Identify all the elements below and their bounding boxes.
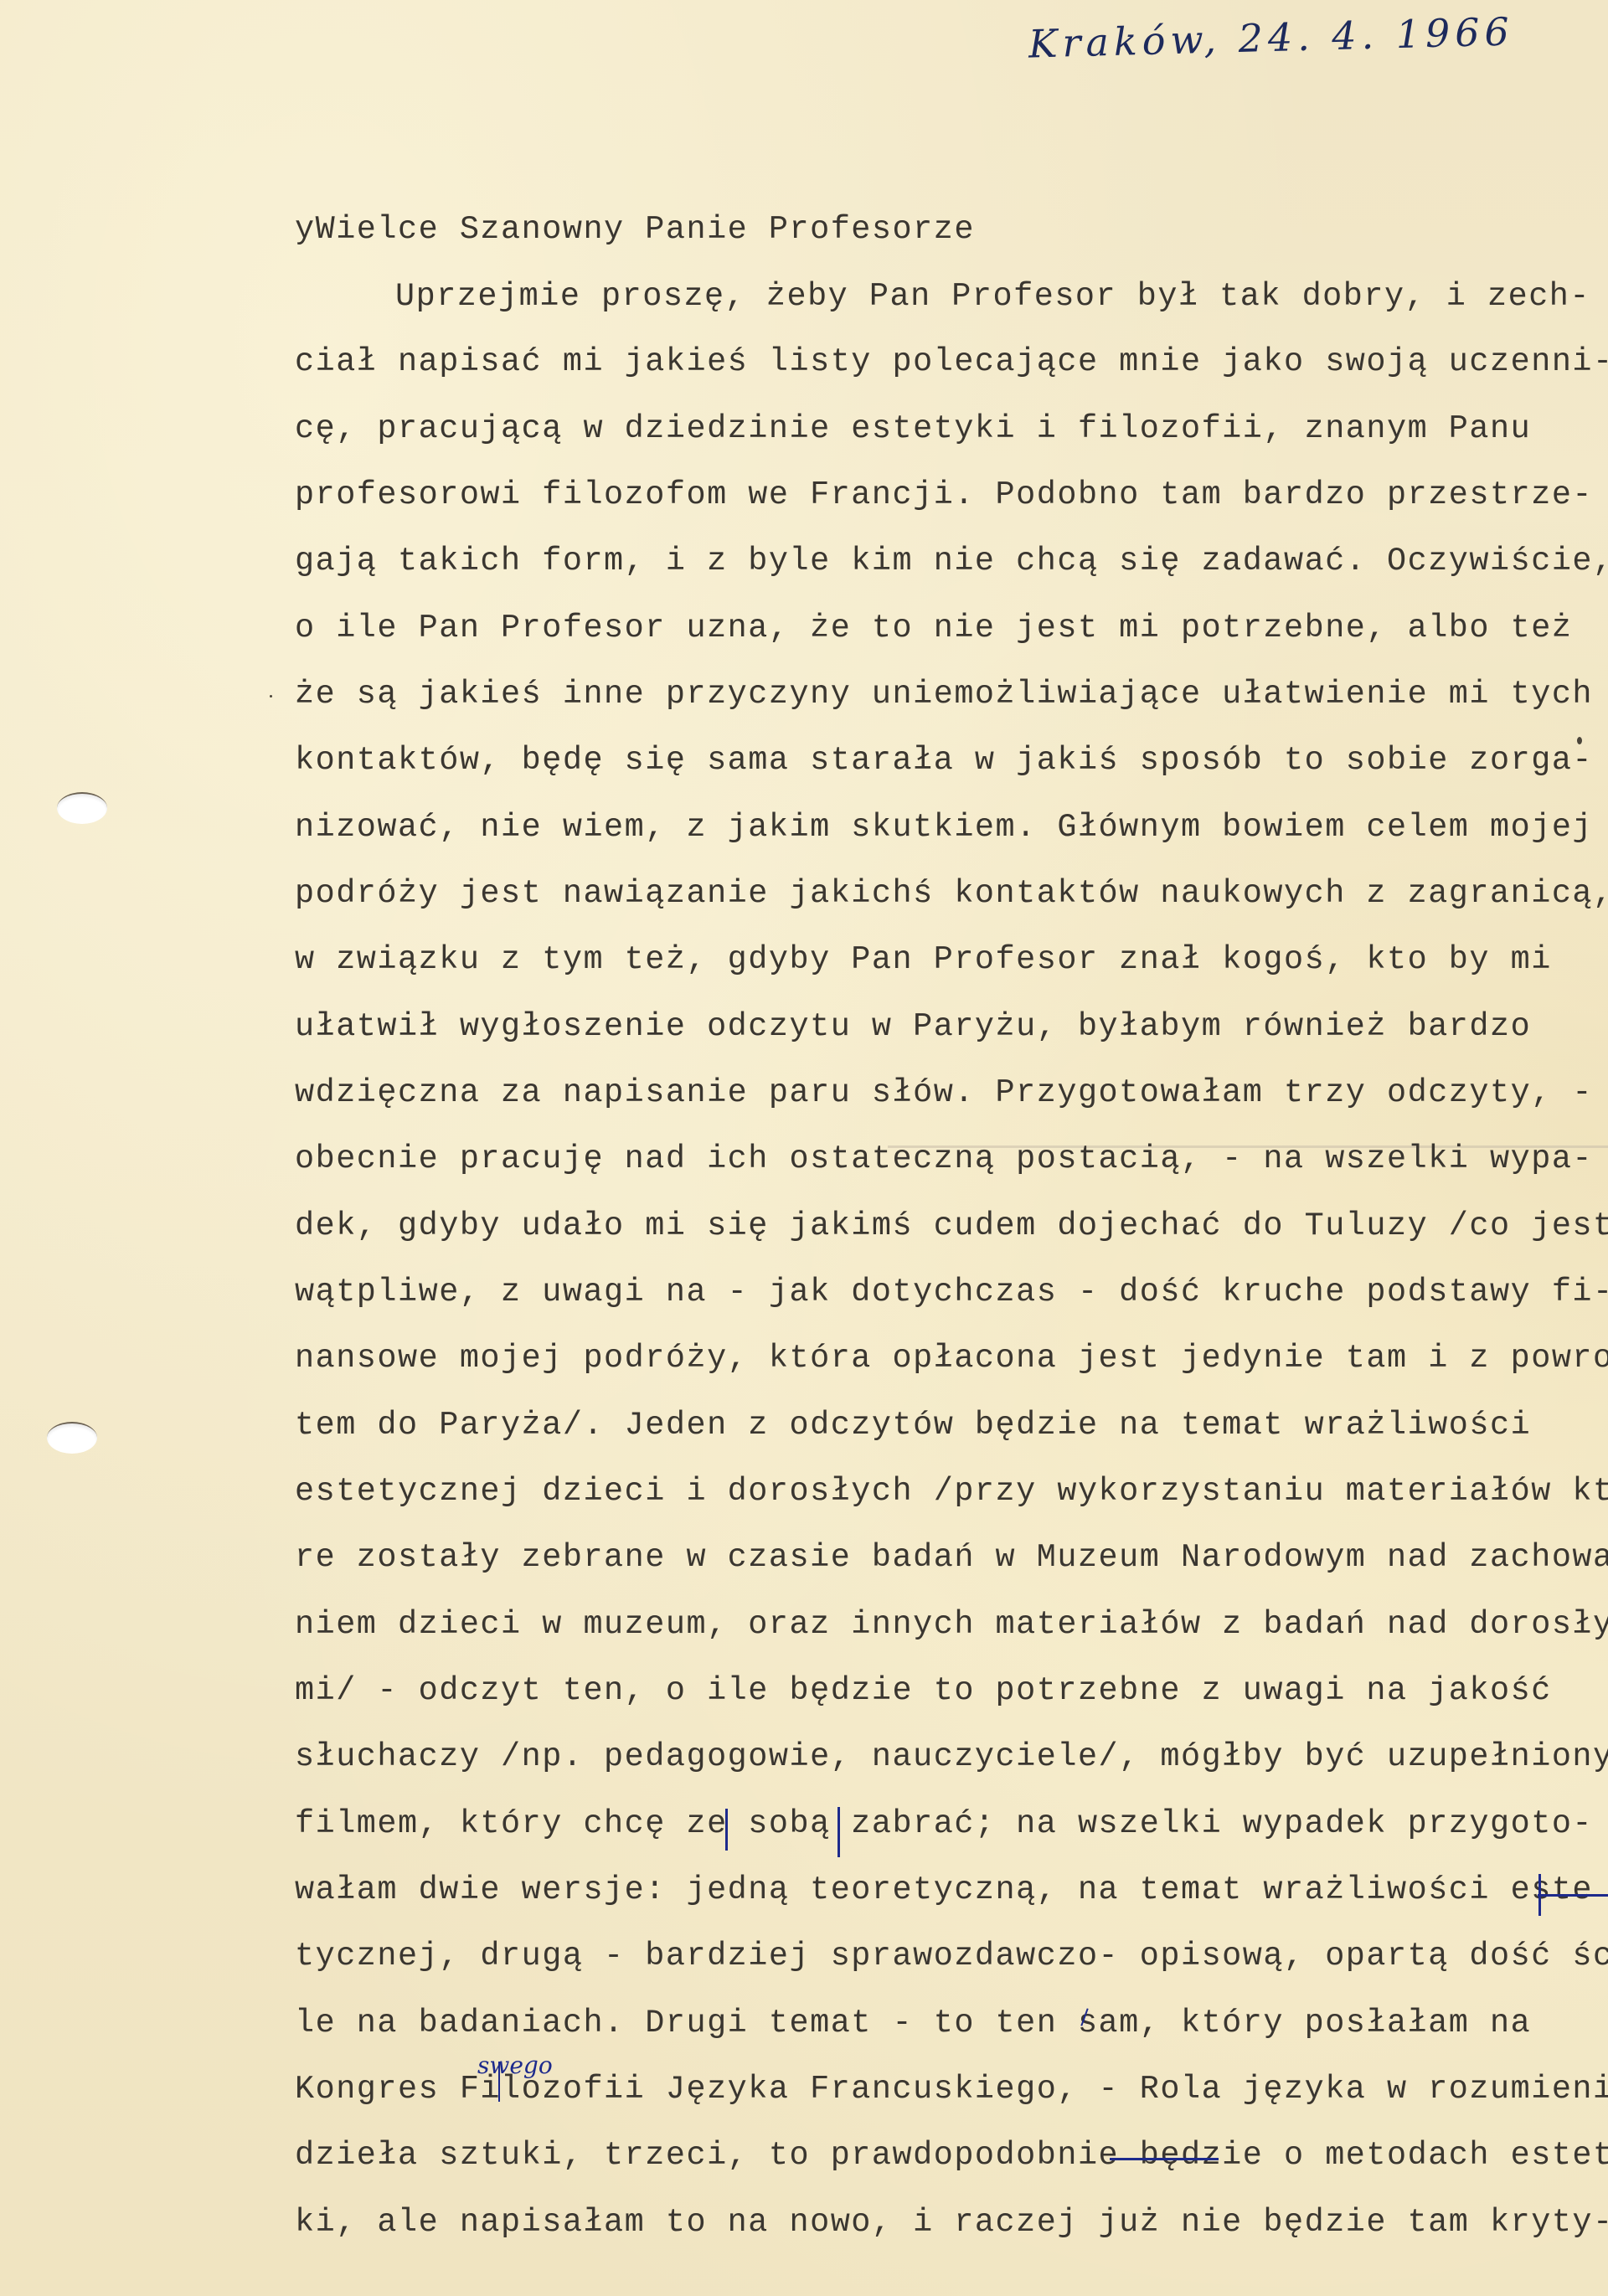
body-line: mi/ - odczyt ten, o ile będzie to potrze… bbox=[295, 1672, 1552, 1709]
handwritten-dateline: Kraków, 24. 4. 1966 bbox=[1028, 8, 1514, 66]
body-line: tycznej, drugą - bardziej sprawozdawczo-… bbox=[295, 1938, 1608, 1974]
body-line: dek, gdyby udało mi się jakimś cudem doj… bbox=[295, 1207, 1608, 1244]
body-line: niem dzieci w muzeum, oraz innych materi… bbox=[295, 1606, 1608, 1643]
paper-speck bbox=[1577, 737, 1582, 744]
handwritten-insertion: swego bbox=[477, 2051, 553, 2079]
body-line: podróży jest nawiązanie jakichś kontaktó… bbox=[295, 875, 1608, 912]
body-line: gają takich form, i z byle kim nie chcą … bbox=[295, 543, 1608, 579]
body-line: ki, ale napisałam to na nowo, i raczej j… bbox=[295, 2204, 1608, 2241]
strikethrough-bedzie bbox=[1110, 2158, 1219, 2160]
body-line: obecnie pracuję nad ich ostateczną posta… bbox=[295, 1140, 1593, 1177]
body-line: re zostały zebrane w czasie badań w Muze… bbox=[295, 1539, 1608, 1576]
body-line: wątpliwe, z uwagi na - jak dotychczas - … bbox=[295, 1274, 1608, 1310]
punch-hole-top bbox=[57, 792, 107, 824]
body-line: estetycznej dzieci i dorosłych /przy wyk… bbox=[295, 1473, 1608, 1510]
body-line: filmem, który chcę ze sobą zabrać; na ws… bbox=[295, 1805, 1593, 1842]
body-line: ułatwił wygłoszenie odczytu w Paryżu, by… bbox=[295, 1008, 1531, 1045]
body-line: cę, pracującą w dziedzinie estetyki i fi… bbox=[295, 410, 1531, 447]
body-line: kontaktów, będę się sama starała w jakiś… bbox=[295, 742, 1593, 779]
body-line: o ile Pan Profesor uzna, że to nie jest … bbox=[295, 610, 1572, 646]
body-line: dzieła sztuki, trzeci, to prawdopodobnie… bbox=[295, 2137, 1608, 2174]
body-line: tem do Paryża/. Jeden z odczytów będzie … bbox=[295, 1407, 1531, 1444]
body-line: wdzięczna za napisanie paru słów. Przygo… bbox=[295, 1074, 1593, 1111]
body-line: w związku z tym też, gdyby Pan Profesor … bbox=[295, 941, 1552, 978]
scanned-letter-page: Kraków, 24. 4. 1966 yWielce Szanowny Pan… bbox=[0, 0, 1608, 2296]
body-line: nizować, nie wiem, z jakim skutkiem. Głó… bbox=[295, 809, 1593, 846]
insertion-caret bbox=[498, 2062, 500, 2102]
body-line: ciał napisać mi jakieś listy polecające … bbox=[295, 343, 1608, 380]
punch-hole-bottom bbox=[47, 1422, 97, 1454]
salutation: yWielce Szanowny Panie Profesorze bbox=[295, 211, 975, 248]
body-line: nansowe mojej podróży, która opłacona je… bbox=[295, 1340, 1608, 1377]
body-line: słuchaczy /np. pedagogowie, nauczyciele/… bbox=[295, 1738, 1608, 1775]
body-line: wałam dwie wersje: jedną teoretyczną, na… bbox=[295, 1871, 1593, 1908]
body-line: Uprzejmie proszę, żeby Pan Profesor był … bbox=[395, 278, 1590, 315]
body-line: profesorowi filozofom we Francji. Podobn… bbox=[295, 476, 1593, 513]
body-line: le na badaniach. Drugi temat - to ten sa… bbox=[295, 2005, 1531, 2041]
insertion-mark bbox=[725, 1809, 728, 1851]
correction-strike bbox=[1538, 1894, 1608, 1897]
insertion-mark bbox=[837, 1807, 840, 1857]
paper-speck bbox=[270, 695, 272, 698]
body-line: że są jakieś inne przyczyny uniemożliwia… bbox=[295, 676, 1593, 713]
